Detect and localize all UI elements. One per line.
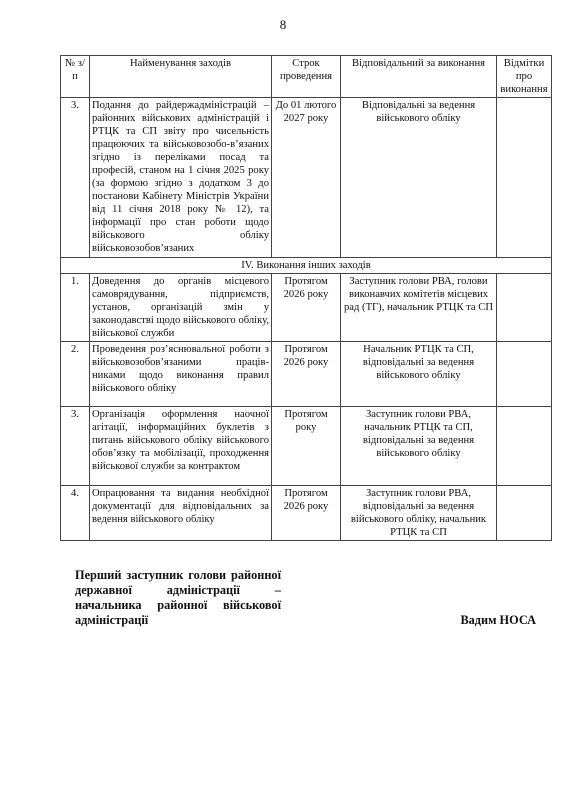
- row-num: 3.: [61, 407, 90, 486]
- header-marks: Відмітки про виконання: [497, 56, 552, 98]
- row-name: Опрацювання та видання необхідної докуме…: [90, 486, 272, 541]
- table-row: 1. Доведення до органів місцевого самовр…: [61, 274, 552, 342]
- measures-table: № з/п Найменування заходів Строк проведе…: [60, 55, 552, 541]
- row-term: До 01 лютого 2027 року: [272, 98, 341, 258]
- row-term: Протягом 2026 року: [272, 342, 341, 407]
- header-name: Найменування заходів: [90, 56, 272, 98]
- signature-position: Перший заступник голови районної державн…: [75, 568, 281, 628]
- row-responsible: Відповідальні за ведення військового обл…: [341, 98, 497, 258]
- row-term: Протягом 2026 року: [272, 274, 341, 342]
- row-term: Протягом 2026 року: [272, 486, 341, 541]
- row-num: 1.: [61, 274, 90, 342]
- header-responsible: Відповідальний за виконання: [341, 56, 497, 98]
- section-title: IV. Виконання інших заходів: [61, 258, 552, 274]
- table-row: 3. Подання до райдержадміністрацій – рай…: [61, 98, 552, 258]
- table-row: 4. Опрацювання та видання необхідної док…: [61, 486, 552, 541]
- row-responsible: Заступник голови РВА, начальник РТЦК та …: [341, 407, 497, 486]
- row-name: Організація оформлення наочної агітації,…: [90, 407, 272, 486]
- row-marks: [497, 342, 552, 407]
- row-marks: [497, 486, 552, 541]
- page-number: 8: [0, 17, 566, 33]
- signature-name: Вадим НОСА: [460, 613, 536, 628]
- row-name: Подання до райдержадміністрацій – районн…: [90, 98, 272, 258]
- row-num: 3.: [61, 98, 90, 258]
- row-marks: [497, 407, 552, 486]
- row-marks: [497, 274, 552, 342]
- row-num: 2.: [61, 342, 90, 407]
- section-row: IV. Виконання інших заходів: [61, 258, 552, 274]
- table-row: 3. Організація оформлення наочної агітац…: [61, 407, 552, 486]
- header-term: Строк проведення: [272, 56, 341, 98]
- header-num: № з/п: [61, 56, 90, 98]
- row-marks: [497, 98, 552, 258]
- row-responsible: Заступник голови РВА, голови виконавчих …: [341, 274, 497, 342]
- row-term: Протягом року: [272, 407, 341, 486]
- row-name: Доведення до органів місцевого самовряду…: [90, 274, 272, 342]
- row-name: Проведення роз’яснювальної роботи з війс…: [90, 342, 272, 407]
- row-responsible: Заступник голови РВА, відповідальні за в…: [341, 486, 497, 541]
- table-header-row: № з/п Найменування заходів Строк проведе…: [61, 56, 552, 98]
- row-responsible: Начальник РТЦК та СП, відповідальні за в…: [341, 342, 497, 407]
- row-num: 4.: [61, 486, 90, 541]
- table-row: 2. Проведення роз’яснювальної роботи з в…: [61, 342, 552, 407]
